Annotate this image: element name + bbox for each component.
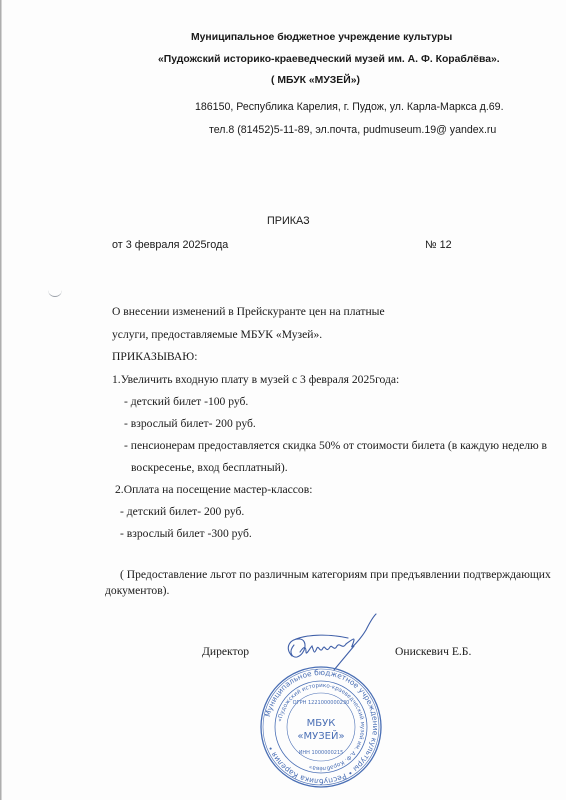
item2-line: - детский билет- 200 руб. [120,505,244,518]
note-line1: ( Предоставление льгот по различным кате… [120,568,551,581]
item1-title: 1.Увеличить входную плату в музей с 3 фе… [112,373,399,386]
item1-line: воскресенье, вход бесплатный). [131,461,288,474]
note-line2: документов). [105,584,169,597]
scan-edge [0,0,2,800]
signatory-name: Онискевич Е.Б. [395,645,471,658]
item1-line: - пенсионерам предоставляется скидка 50%… [124,439,547,452]
item2-line: - взрослый билет -300 руб. [120,527,252,540]
stamp-center-line1: МБУК [307,718,336,729]
official-stamp-icon: Муниципальное бюджетное учреждение культ… [258,664,384,790]
order-word: ПРИКАЗЫВАЮ: [112,350,197,363]
subject-line2: услуги, предоставляемые МБУК «Музей». [112,328,322,341]
org-address: 186150, Республика Карелия, г. Пудож, ул… [195,101,504,113]
document-page: Муниципальное бюджетное учреждение культ… [0,0,566,800]
margin-pen-mark [48,290,62,297]
org-contacts: тел.8 (81452)5-11-89, эл.почта, pudmuseu… [209,124,496,136]
stamp-inn: ИНН 1000000215 [299,750,344,756]
signatory-position: Директор [202,645,249,658]
item1-line: - взрослый билет- 200 руб. [124,417,256,430]
handwritten-signature-icon [270,612,380,672]
order-number: № 12 [425,239,452,251]
org-name-line1: Муниципальное бюджетное учреждение культ… [191,32,452,43]
item1-line: - детский билет -100 руб. [124,395,248,408]
item2-title: 2.Оплата на посещение мастер-классов: [115,483,312,496]
stamp-ogrn: ОГРН 1221000000230 [293,700,350,706]
order-date: от 3 февраля 2025года [112,239,228,251]
org-short-name: ( МБУК «МУЗЕЙ») [271,75,360,86]
order-title: ПРИКАЗ [267,215,310,227]
stamp-center-line2: «МУЗЕЙ» [297,729,344,742]
org-name-line2: «Пудожский историко-краеведческий музей … [158,54,500,65]
subject-line1: О внесении изменений в Прейскуранте цен … [112,305,385,318]
